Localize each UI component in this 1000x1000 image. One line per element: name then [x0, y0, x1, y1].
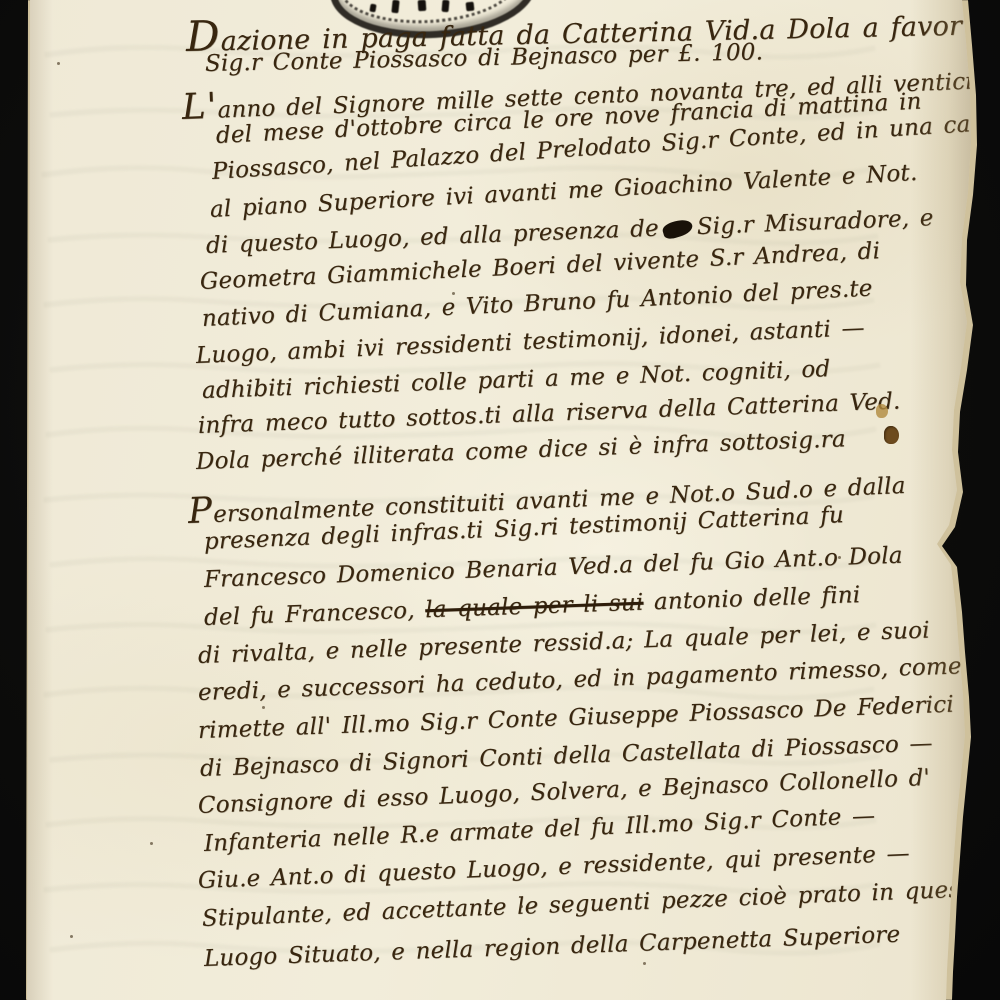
- ink-speck: [57, 62, 60, 65]
- ink-speck: [150, 842, 153, 845]
- ink-blot: [661, 217, 694, 241]
- ink-speck: [520, 905, 523, 908]
- ink-speck: [838, 556, 841, 559]
- manuscript-page: Dazione in paga fatta da Catterina Vid.a…: [0, 0, 1000, 1000]
- wax-stain-light: [876, 404, 888, 418]
- ink-speck: [643, 962, 646, 965]
- wax-stain-dark: [884, 426, 899, 444]
- ink-speck: [262, 706, 265, 709]
- ink-speck: [70, 935, 73, 938]
- ink-speck: [452, 292, 455, 295]
- photo-background: Dazione in paga fatta da Catterina Vid.a…: [0, 0, 1000, 1000]
